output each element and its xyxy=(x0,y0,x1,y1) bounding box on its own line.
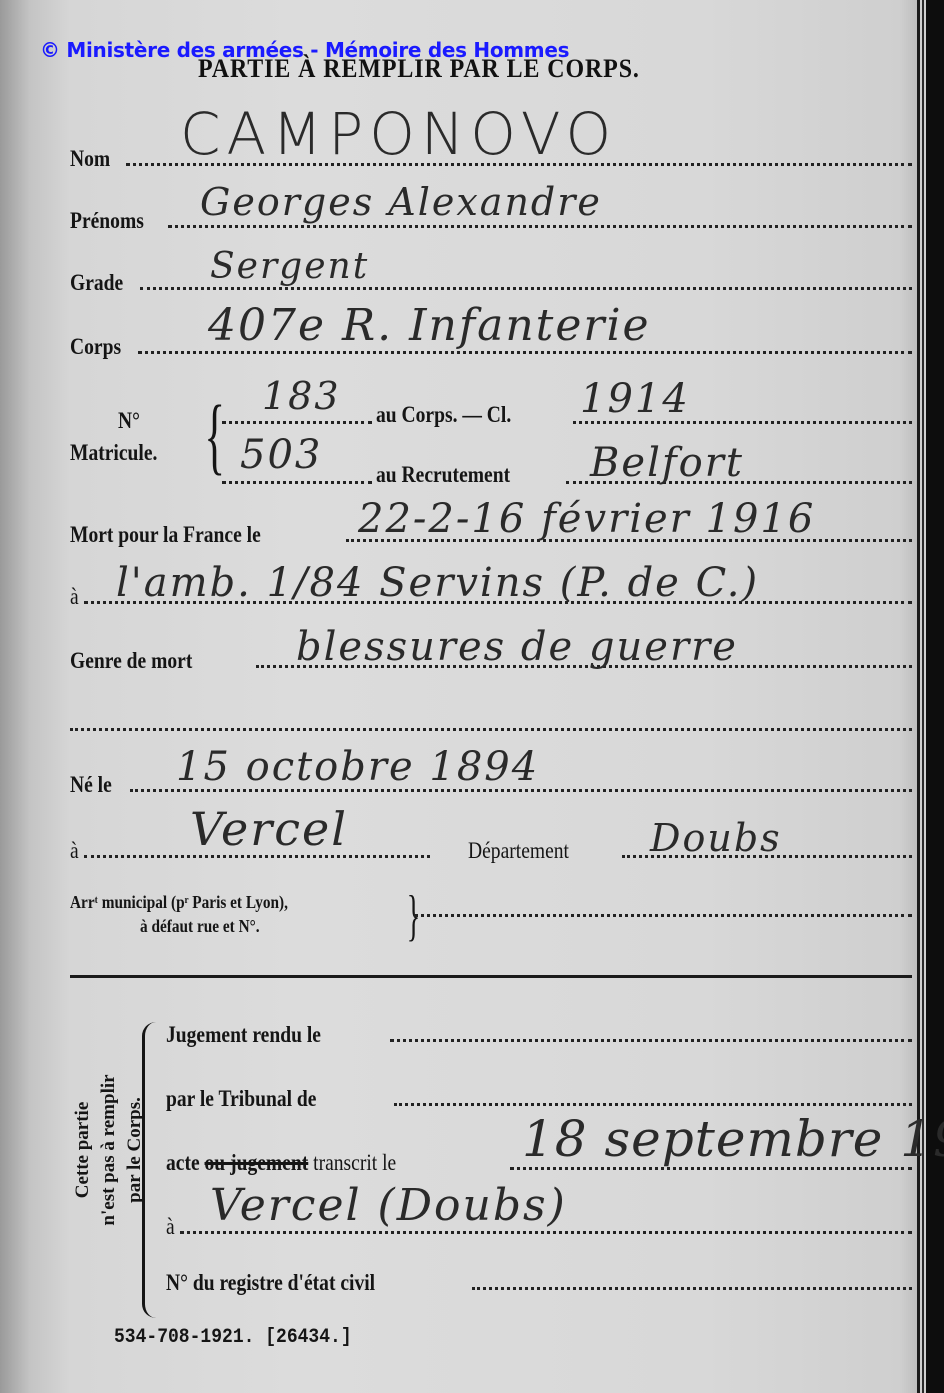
struck-text: ou jugement xyxy=(205,1150,309,1175)
matricule-corps-number: 183 xyxy=(262,374,341,418)
card-border-line xyxy=(917,0,920,1393)
mort-a-value: l'amb. 1/84 Servins (P. de C.) xyxy=(116,560,759,606)
matricule-corps-line xyxy=(222,421,372,424)
ne-a-value: Vercel xyxy=(190,802,348,856)
card-border-line xyxy=(922,0,924,1393)
jugement-rendu-line xyxy=(390,1039,912,1042)
transcrit-a-value: Vercel (Doubs) xyxy=(210,1180,567,1231)
matricule-label: Matricule. xyxy=(70,440,157,466)
arrondissement-line xyxy=(414,914,912,917)
nom-value: CAMPONOVO xyxy=(180,100,617,168)
transcrit-label: acte ou jugement transcrit le xyxy=(166,1150,396,1176)
genre-de-mort-value: blessures de guerre xyxy=(296,624,738,670)
grade-label: Grade xyxy=(70,270,123,296)
matricule-label-no: N° xyxy=(118,408,140,434)
grade-line xyxy=(140,287,912,290)
classe-value: 1914 xyxy=(580,376,690,422)
matricule-corps-label: au Corps. — Cl. xyxy=(376,402,511,428)
ne-le-label: Né le xyxy=(70,772,112,798)
grade-value: Sergent xyxy=(210,246,369,287)
prenoms-label: Prénoms xyxy=(70,208,144,234)
matricule-brace: { xyxy=(204,390,225,480)
blank-line xyxy=(70,728,912,731)
matricule-recrutement-label: au Recrutement xyxy=(376,462,510,488)
corps-value: 407e R. Infanterie xyxy=(208,300,651,351)
scan-edge xyxy=(926,0,944,1393)
nom-label: Nom xyxy=(70,146,110,172)
section-divider xyxy=(70,975,912,978)
matricule-recrutement-number: 503 xyxy=(240,432,322,478)
corps-label: Corps xyxy=(70,334,121,360)
tribunal-line xyxy=(394,1103,912,1106)
departement-value: Doubs xyxy=(650,816,782,860)
side-note-line-1: Cette partie xyxy=(70,1050,96,1250)
jugement-brace xyxy=(142,1022,159,1318)
side-note: Cette partie n'est pas à remplir par le … xyxy=(70,1050,148,1250)
registre-line xyxy=(472,1287,912,1290)
genre-de-mort-label: Genre de mort xyxy=(70,648,192,674)
jugement-rendu-label: Jugement rendu le xyxy=(166,1022,321,1048)
transcrit-text: transcrit le xyxy=(313,1150,396,1175)
side-note-line-2: n'est pas à remplir xyxy=(96,1050,122,1250)
registre-label: N° du registre d'état civil xyxy=(166,1270,375,1296)
acte-text: acte xyxy=(166,1150,200,1175)
mort-le-label: Mort pour la France le xyxy=(70,522,261,548)
recrutement-value: Belfort xyxy=(590,440,744,486)
tribunal-label: par le Tribunal de xyxy=(166,1086,316,1112)
arrondissement-label: Arrᵗ municipal (pʳ Paris et Lyon), xyxy=(70,892,288,913)
arrondissement-label-2: à défaut rue et N°. xyxy=(140,916,260,937)
transcrit-a-line xyxy=(180,1231,912,1234)
ne-a-label: à xyxy=(70,838,79,864)
mort-a-label: à xyxy=(70,584,79,610)
ne-le-value: 15 octobre 1894 xyxy=(176,744,539,790)
mort-le-value: 22-2-16 février 1916 xyxy=(358,496,815,542)
prenoms-value: Georges Alexandre xyxy=(200,180,602,224)
corps-line xyxy=(138,351,912,354)
transcrit-value: 18 septembre 1916 xyxy=(522,1110,944,1168)
departement-label: Département xyxy=(468,838,569,864)
transcrit-a-label: à xyxy=(166,1214,175,1240)
prenoms-line xyxy=(168,225,912,228)
print-reference: 534-708-1921. [26434.] xyxy=(114,1326,352,1349)
copyright-watermark: © Ministère des armées - Mémoire des Hom… xyxy=(40,38,569,62)
matricule-recrutement-line xyxy=(222,481,372,484)
